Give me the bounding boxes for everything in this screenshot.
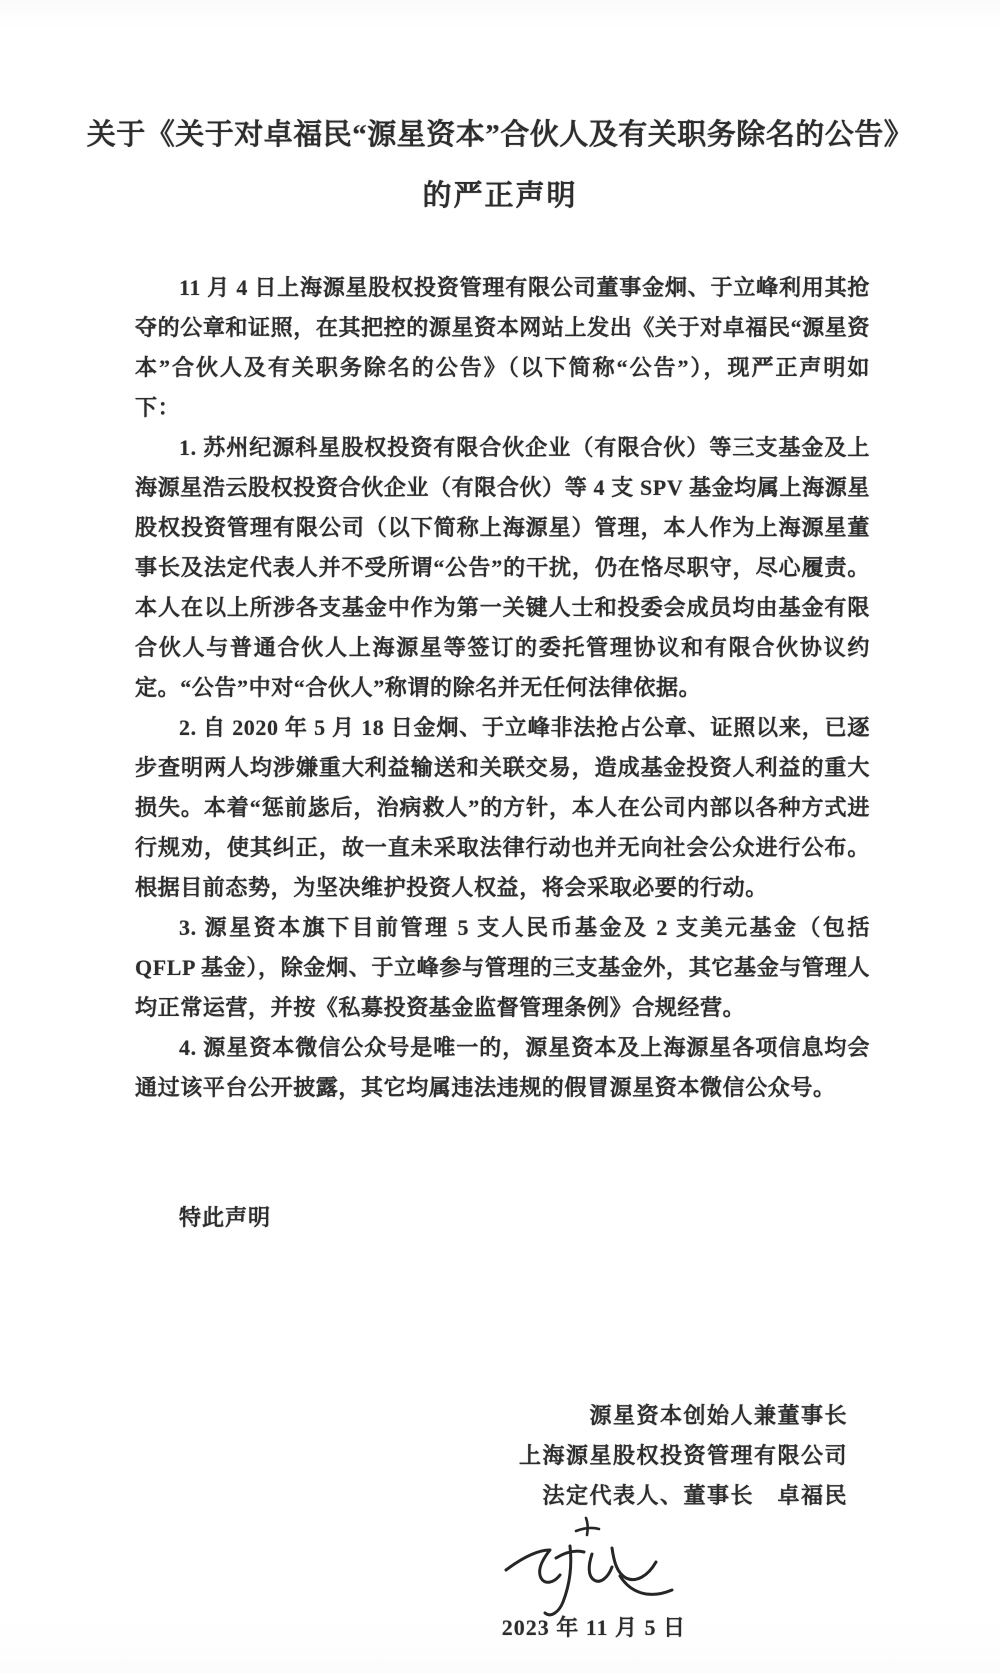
document-page: 关于《关于对卓福民“源星资本”合伙人及有关职务除名的公告》 的严正声明 11 月… <box>0 0 1000 1673</box>
paragraph-item-4: 4. 源星资本微信公众号是唯一的，源星资本及上海源星各项信息均会通过该平台公开披… <box>135 1028 870 1108</box>
signature-legal-representative: 法定代表人、董事长 卓福民 <box>0 1476 848 1516</box>
document-title-line2: 的严正声明 <box>0 179 1000 214</box>
paragraph-intro: 11 月 4 日上海源星股权投资管理有限公司董事金炯、于立峰利用其抢夺的公章和证… <box>135 268 870 428</box>
document-body: 11 月 4 日上海源星股权投资管理有限公司董事金炯、于立峰利用其抢夺的公章和证… <box>135 268 870 1108</box>
document-title-line1: 关于《关于对卓福民“源星资本”合伙人及有关职务除名的公告》 <box>0 0 1000 153</box>
paragraph-item-3: 3. 源星资本旗下目前管理 5 支人民币基金及 2 支美元基金（包括 QFLP … <box>135 908 870 1028</box>
handwritten-signature-icon <box>500 1512 680 1624</box>
paragraph-item-1: 1. 苏州纪源科星股权投资有限合伙企业（有限合伙）等三支基金及上海源星浩云股权投… <box>135 428 870 708</box>
paragraph-item-2: 2. 自 2020 年 5 月 18 日金炯、于立峰非法抢占公章、证照以来，已逐… <box>135 708 870 908</box>
closing-statement: 特此声明 <box>135 1198 1000 1238</box>
signature-company-name: 上海源星股权投资管理有限公司 <box>0 1436 848 1476</box>
signature-block: 源星资本创始人兼董事长 上海源星股权投资管理有限公司 法定代表人、董事长 卓福民… <box>0 1396 1000 1646</box>
signature-role-founder: 源星资本创始人兼董事长 <box>0 1396 848 1436</box>
signature-date: 2023 年 11 月 5 日 <box>0 1610 848 1646</box>
